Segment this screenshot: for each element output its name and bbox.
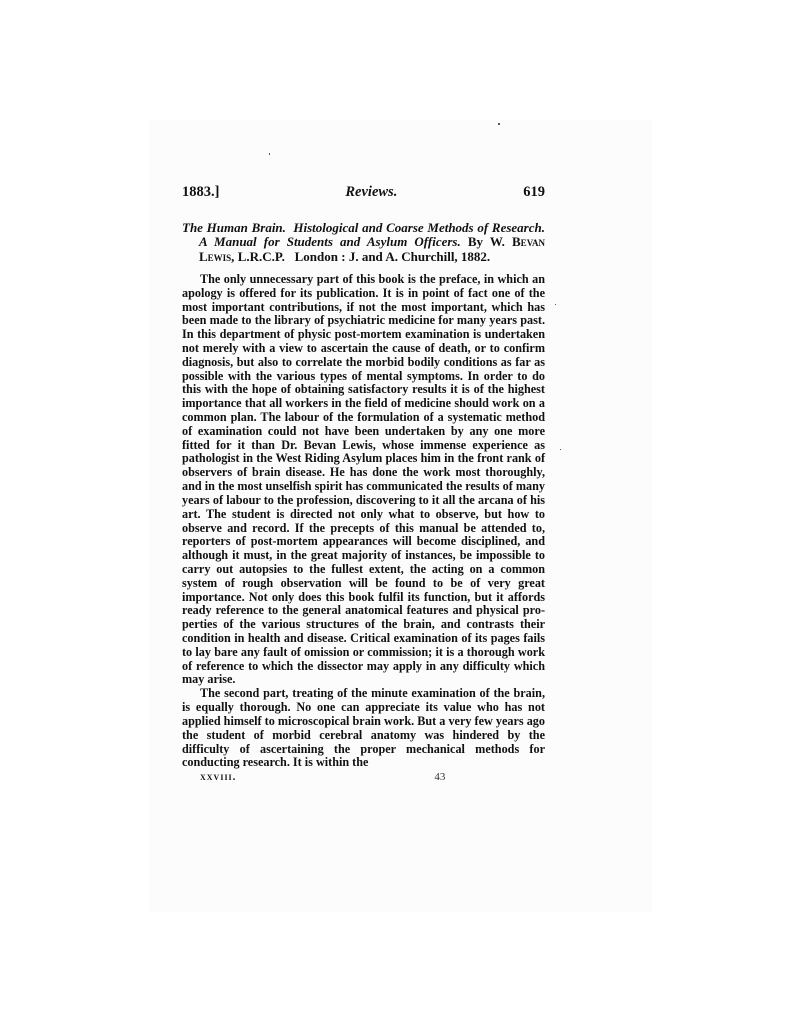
scan-speck — [560, 449, 561, 450]
text-column: 1883.] Reviews. 619 The Human Brain. His… — [182, 184, 545, 785]
scan-speck — [498, 123, 500, 125]
publisher: London : J. and A. Churchill, 1882. — [295, 249, 491, 264]
paragraph-1: The only unnecessary part of this book i… — [182, 273, 545, 687]
scan-speck — [269, 153, 270, 155]
review-heading: The Human Brain. Histological and Coarse… — [182, 221, 545, 264]
running-head: 1883.] Reviews. 619 — [182, 184, 545, 202]
paragraph-2: The second part, treating of the minute … — [182, 687, 545, 770]
author-credentials: L.R.C.P. — [238, 249, 285, 264]
page-number: 619 — [523, 184, 545, 201]
page-footer: xxviii. 43 — [182, 771, 545, 785]
scan-speck — [555, 304, 556, 305]
header-year: 1883.] — [182, 184, 219, 201]
by-label: By W. — [468, 234, 505, 249]
review-body: The only unnecessary part of this book i… — [182, 273, 545, 770]
header-section: Reviews. — [345, 184, 397, 201]
signature-mark: xxviii. — [200, 771, 236, 785]
book-title: The Human Brain. — [182, 220, 286, 235]
sheet-number: 43 — [434, 771, 445, 785]
